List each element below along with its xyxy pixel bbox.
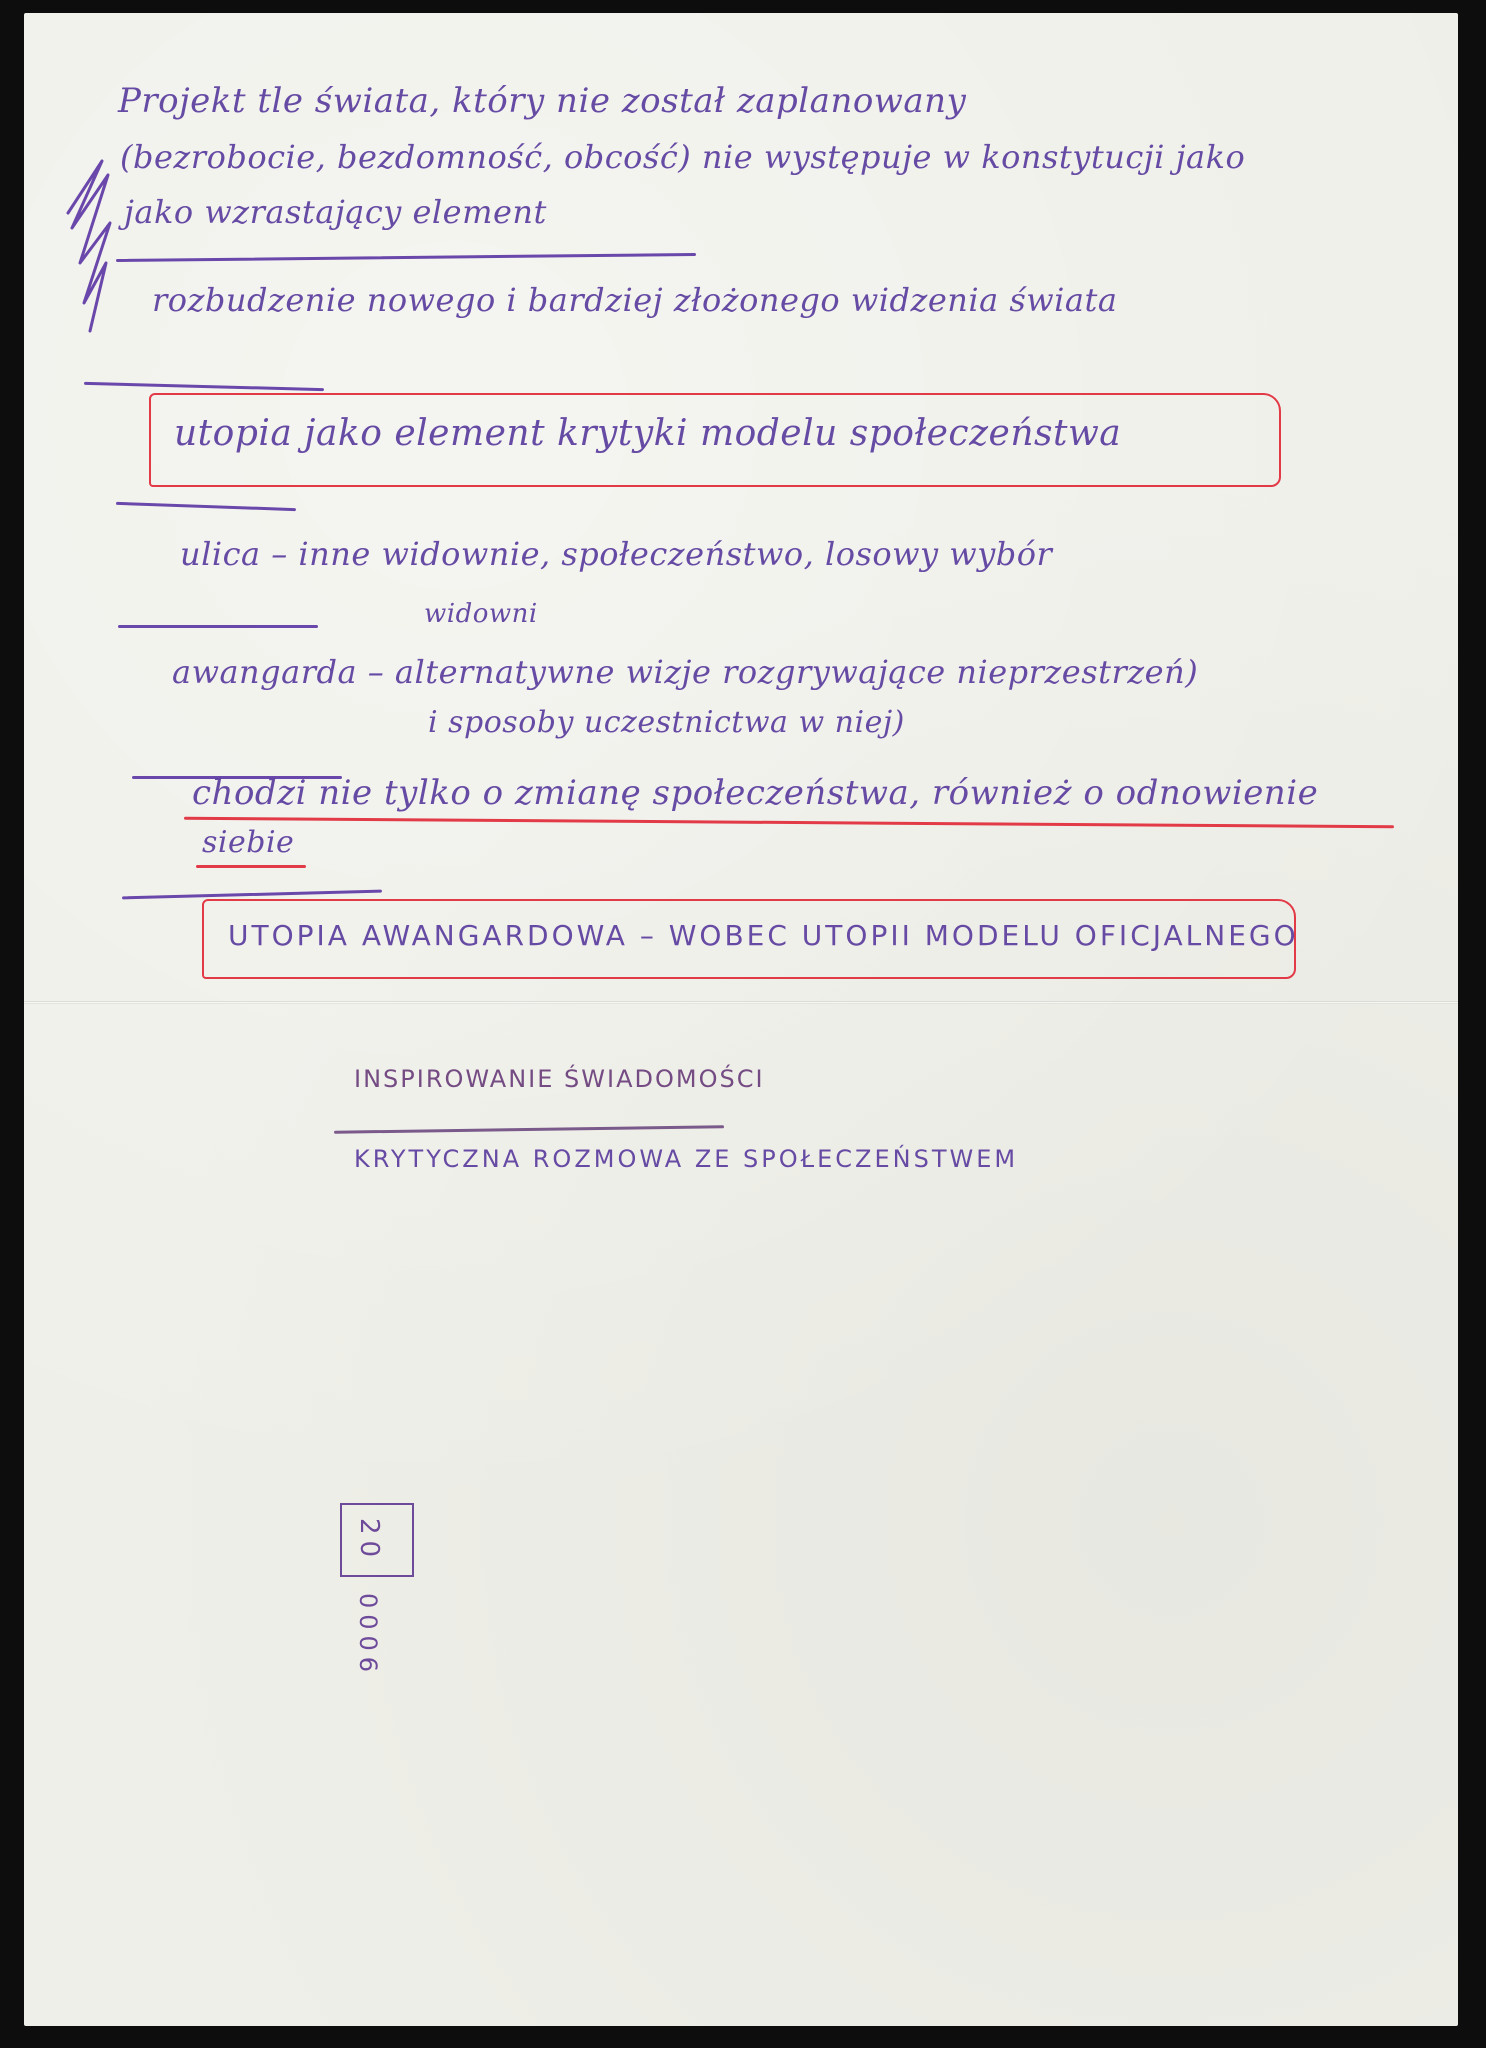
note-line-2: (bezrobocie, bezdomność, obcość) nie wys… [120, 138, 1245, 176]
separator-stroke [116, 502, 296, 511]
note-line-7: awangarda – alternatywne wizje rozgrywaj… [172, 653, 1198, 691]
red-underline [184, 817, 1394, 828]
separator-stroke [122, 890, 382, 899]
page-number-boxed: 20 [354, 1518, 384, 1563]
note-line-6b: widowni [424, 599, 538, 629]
note-line-4: rozbudzenie nowego i bardziej złożonego … [152, 281, 1117, 319]
note-line-12: INSPIROWANIE ŚWIADOMOŚCI [354, 1065, 765, 1093]
note-line-1: Projekt tle świata, który nie został zap… [118, 81, 966, 121]
note-line-8: i sposoby uczestnictwa w niej) [428, 705, 905, 740]
margin-scribble-icon [62, 153, 114, 333]
note-line-11-boxed: UTOPIA AWANGARDOWA – WOBEC UTOPII MODELU… [228, 919, 1299, 952]
separator-stroke [116, 253, 696, 262]
note-line-13: KRYTYCZNA ROZMOWA ZE SPOŁECZEŃSTWEM [354, 1145, 1018, 1173]
separator-stroke [84, 382, 324, 391]
note-line-9: chodzi nie tylko o zmianę społeczeństwa,… [192, 773, 1318, 813]
separator-stroke [118, 625, 318, 628]
arrow-stroke [334, 1125, 724, 1133]
note-line-5-boxed: utopia jako element krytyki modelu społe… [174, 413, 1121, 454]
red-underline [196, 865, 306, 868]
paper-fold-crease [24, 1001, 1458, 1004]
note-line-6: ulica – inne widownie, społeczeństwo, lo… [180, 535, 1052, 573]
paper-sheet: Projekt tle świata, który nie został zap… [24, 13, 1458, 2026]
page-number-vertical: 0006 [354, 1593, 382, 1678]
note-line-3: jako wzrastający element [124, 193, 547, 231]
note-line-10: siebie [202, 825, 294, 860]
